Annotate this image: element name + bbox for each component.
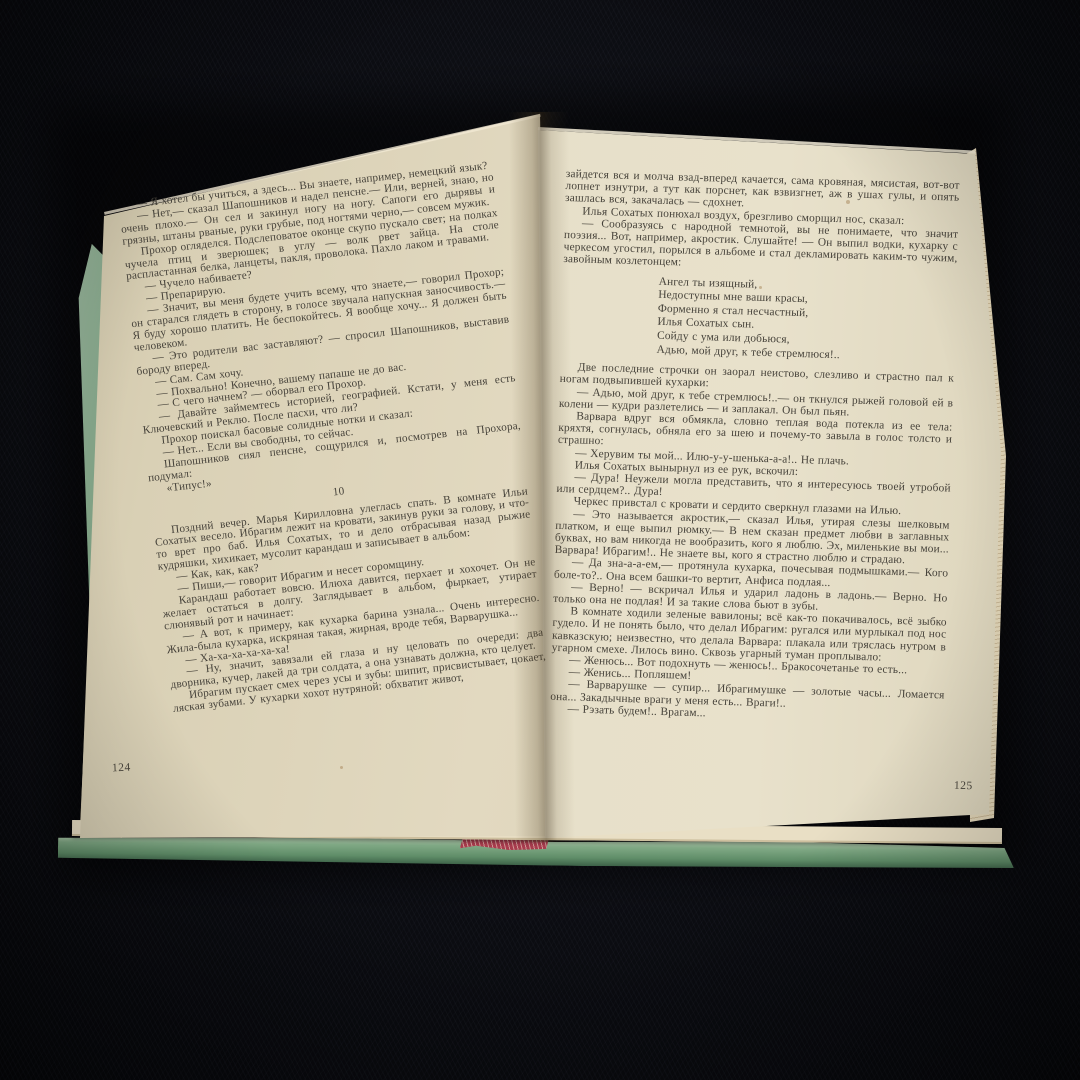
left-page-text: — Я хотел бы учиться, а здесь... Вы знае… [118,160,548,716]
page-number-left: 124 [112,762,131,775]
paper-speck [340,766,343,769]
right-page-text: зайдется вся и молча взад-вперед качаетс… [550,168,960,727]
page-number-right: 125 [954,780,973,792]
book-photo-scene: — Я хотел бы учиться, а здесь... Вы знае… [0,0,1080,1080]
